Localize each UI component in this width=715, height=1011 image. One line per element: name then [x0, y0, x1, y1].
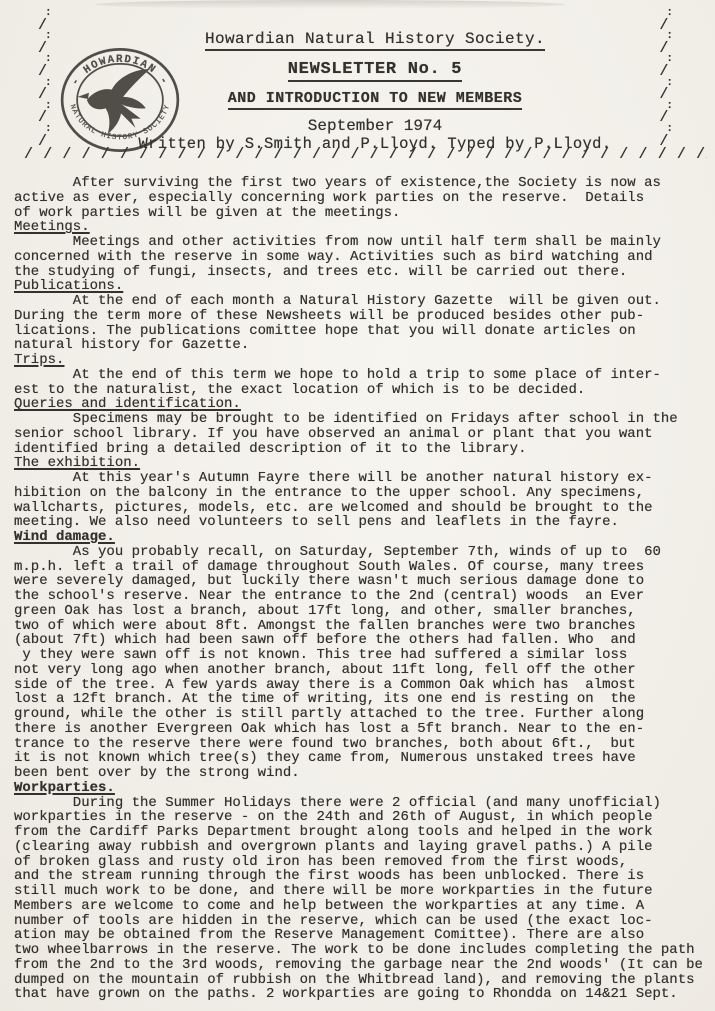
section-workparties: Workparties. During the Summer Holidays …	[14, 781, 711, 1002]
section-heading: The exhibition.	[14, 456, 140, 471]
section-publications: Publications. At the end of each month a…	[14, 279, 711, 353]
section-the-exhibition: The exhibition. At this year's Autumn Fa…	[14, 456, 711, 530]
section-heading: Wind damage.	[14, 530, 115, 545]
intro-paragraph: After surviving the first two years of e…	[14, 176, 711, 220]
section-paragraph: Meetings and other activities from now u…	[14, 235, 711, 279]
newsletter-subtitle-text: AND INTRODUCTION TO NEW MEMBERS	[228, 90, 523, 110]
section-trips: Trips. At the end of this term we hope t…	[14, 353, 711, 397]
page-title: Howardian Natural History Society.	[35, 30, 715, 51]
section-meetings: Meetings. Meetings and other activities …	[14, 220, 711, 279]
section-paragraph: At the end of this term we hope to hold …	[14, 368, 711, 398]
issue-date: September 1974	[35, 117, 715, 135]
section-heading: Publications.	[14, 279, 123, 294]
page-title-text: Howardian Natural History Society.	[205, 30, 545, 51]
section-paragraph: Specimens may be brought to be identifie…	[14, 412, 711, 456]
section-queries-and-identification: Queries and identification. Specimens ma…	[14, 397, 711, 456]
slash-divider: / / / / / / / / / / / / / / / / / / / / …	[24, 146, 707, 163]
document-body: After surviving the first two years of e…	[14, 176, 711, 1002]
section-paragraph: At the end of each month a Natural Histo…	[14, 294, 711, 353]
newsletter-number: NEWSLETTER No. 5	[35, 60, 715, 82]
newsletter-page: :/:/:/:/:/:/ :/:/:/:/:/:/ - HOWARDIAN - …	[0, 0, 715, 1011]
section-heading: Meetings.	[14, 220, 90, 235]
section-paragraph: During the Summer Holidays there were 2 …	[14, 796, 711, 1003]
scan-smudge	[95, 0, 565, 9]
section-paragraph: At this year's Autumn Fayre there will b…	[14, 471, 711, 530]
section-paragraph: As you probably recall, on Saturday, Sep…	[14, 545, 711, 781]
section-heading: Workparties.	[14, 781, 115, 796]
newsletter-number-text: NEWSLETTER No. 5	[288, 60, 462, 82]
sections-container: Meetings. Meetings and other activities …	[14, 220, 711, 1002]
section-wind-damage: Wind damage. As you probably recall, on …	[14, 530, 711, 781]
section-heading: Queries and identification.	[14, 397, 241, 412]
newsletter-subtitle: AND INTRODUCTION TO NEW MEMBERS	[35, 90, 715, 110]
section-heading: Trips.	[14, 353, 64, 368]
